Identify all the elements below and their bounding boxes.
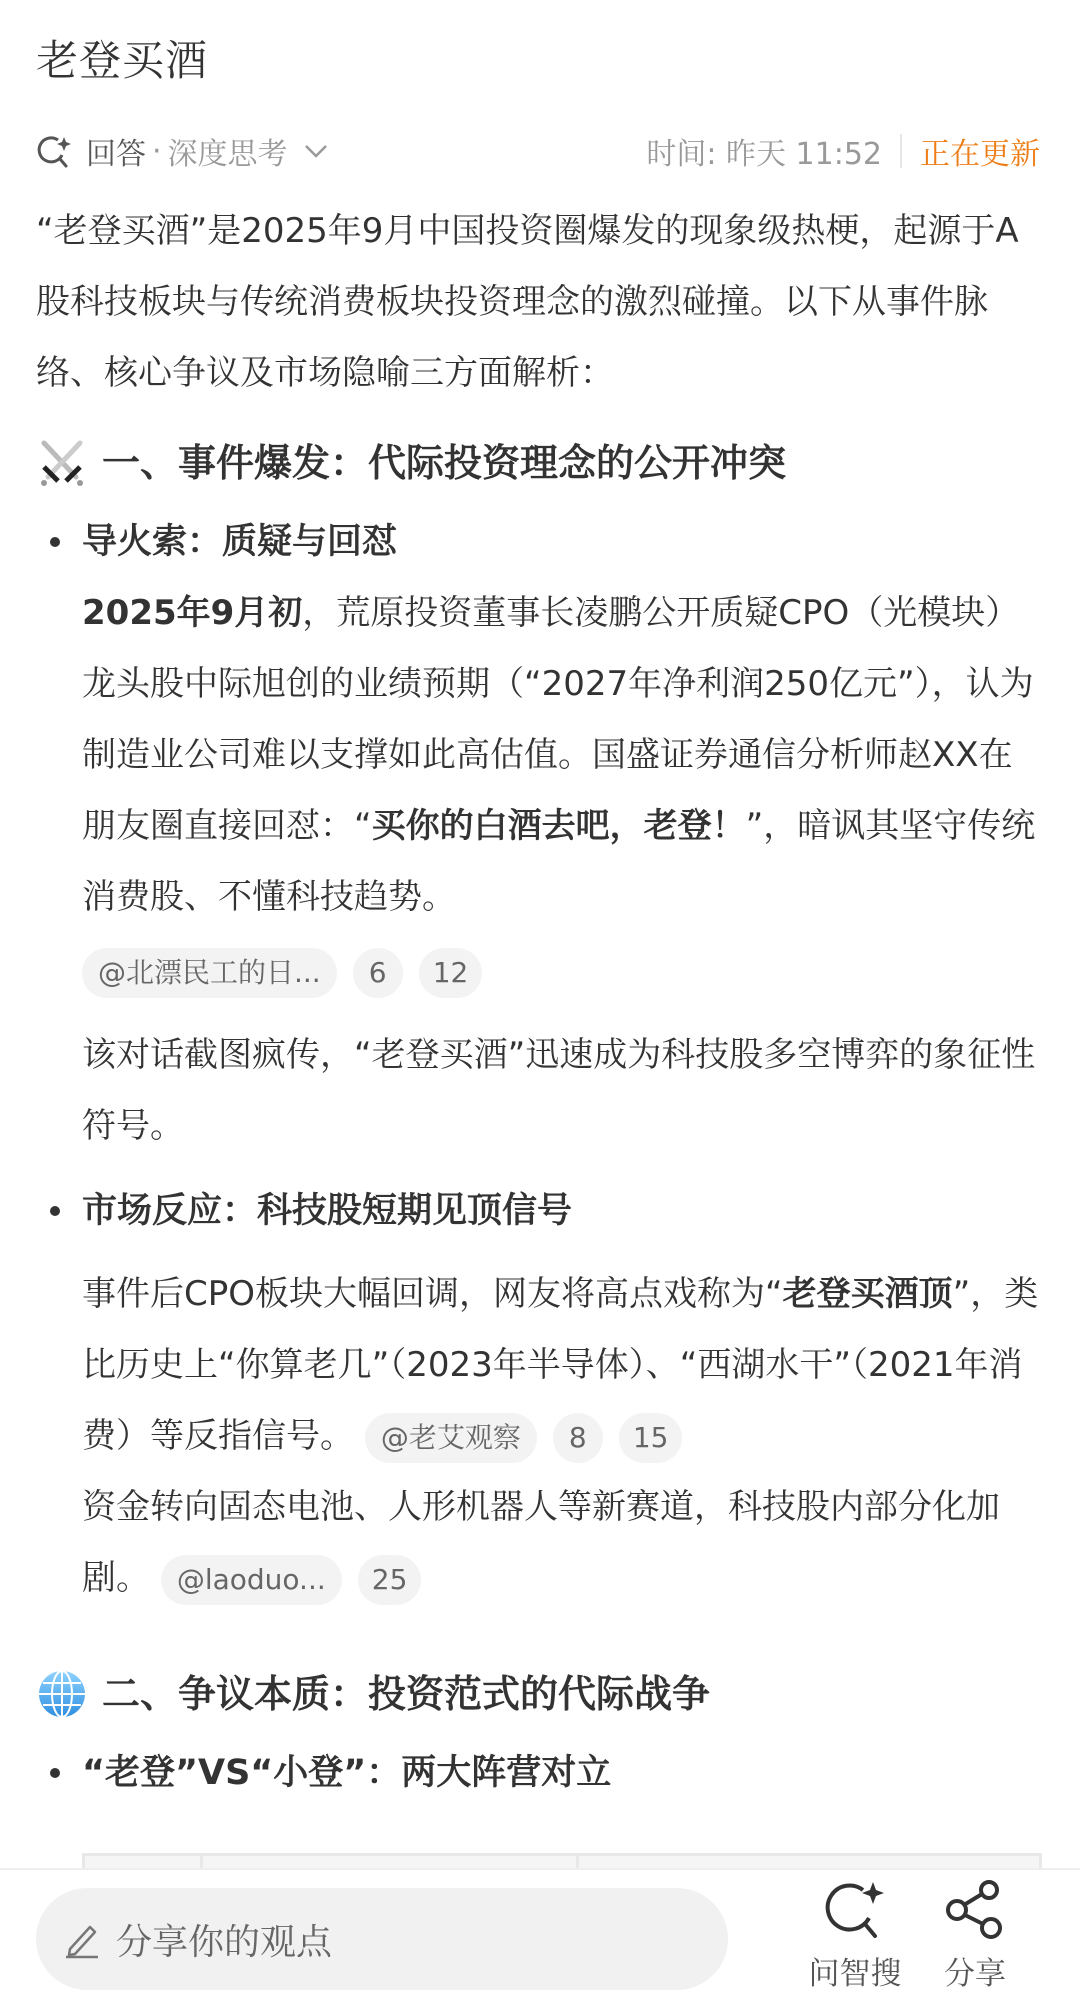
bold-text: 买你的白酒去吧，老登！ bbox=[372, 806, 746, 846]
bottom-action-bar: 分享你的观点 问智搜 分享 bbox=[0, 1868, 1080, 2006]
page-title: 老登买酒 bbox=[36, 28, 208, 88]
share-button[interactable]: 分享 bbox=[920, 1878, 1030, 1993]
body-paragraph: 事件后CPO板块大幅回调，网友将高点戏称为“老登买酒顶”，类比历史上“你算老几”… bbox=[82, 1259, 1044, 1472]
crossed-swords-icon bbox=[36, 437, 88, 489]
ask-ai-search-label: 问智搜 bbox=[809, 1948, 902, 1993]
bullet-dot bbox=[50, 1206, 60, 1216]
body-paragraph: 资金转向固态电池、人形机器人等新赛道，科技股内部分化加剧。 @laoduo...… bbox=[82, 1472, 1044, 1614]
answer-label: 回答 bbox=[86, 129, 146, 173]
globe-icon bbox=[36, 1668, 88, 1720]
source-tag[interactable]: @北漂民工的日... bbox=[82, 948, 337, 998]
divider bbox=[900, 134, 902, 168]
answer-content: “老登买酒”是2025年9月中国投资圈爆发的现象级热梗，起源于A股科技板块与传统… bbox=[36, 196, 1044, 1809]
list-item: “老登”VS“小登”：两大阵营对立 bbox=[36, 1738, 1044, 1809]
section-heading-text: 二、争议本质：投资范式的代际战争 bbox=[102, 1664, 710, 1724]
bold-text: 2025年9月初 bbox=[82, 593, 302, 633]
comment-placeholder: 分享你的观点 bbox=[116, 1914, 332, 1965]
answer-mode-selector[interactable]: 回答 · 深度思考 bbox=[36, 129, 330, 173]
reference-badge[interactable]: 8 bbox=[553, 1413, 603, 1463]
share-icon bbox=[943, 1878, 1007, 1942]
chevron-down-icon bbox=[302, 137, 330, 165]
intro-paragraph: “老登买酒”是2025年9月中国投资圈爆发的现象级热梗，起源于A股科技板块与传统… bbox=[36, 196, 1044, 409]
reference-badge[interactable]: 6 bbox=[353, 948, 403, 998]
bullet-dot bbox=[50, 1768, 60, 1778]
bullet-title: 导火索：质疑与回怼 bbox=[82, 507, 1044, 578]
ai-search-icon bbox=[823, 1878, 887, 1942]
deep-thinking-label: 深度思考 bbox=[168, 129, 288, 173]
list-item: 导火索：质疑与回怼 2025年9月初，荒原投资董事长凌鹏公开质疑CPO（光模块）… bbox=[36, 507, 1044, 1162]
reference-badge[interactable]: 15 bbox=[619, 1413, 683, 1463]
update-status: 正在更新 bbox=[920, 129, 1040, 173]
answer-meta-bar: 回答 · 深度思考 时间: 昨天 11:52 正在更新 bbox=[36, 128, 1040, 174]
source-tag[interactable]: @老艾观察 bbox=[365, 1413, 537, 1463]
ai-search-icon bbox=[36, 133, 72, 169]
bullet-dot bbox=[50, 537, 60, 547]
section-heading-2: 二、争议本质：投资范式的代际战争 bbox=[36, 1664, 1044, 1724]
body-paragraph: 该对话截图疯传，“老登买酒”迅速成为科技股多空博弈的象征性符号。 bbox=[82, 1020, 1044, 1162]
list-item: 市场反应：科技股短期见顶信号 事件后CPO板块大幅回调，网友将高点戏称为“老登买… bbox=[36, 1176, 1044, 1614]
pencil-icon bbox=[62, 1919, 102, 1959]
section-heading-1: 一、事件爆发：代际投资理念的公开冲突 bbox=[36, 433, 1044, 493]
body-paragraph: 2025年9月初，荒原投资董事长凌鹏公开质疑CPO（光模块）龙头股中际旭创的业绩… bbox=[82, 578, 1044, 933]
comment-input[interactable]: 分享你的观点 bbox=[36, 1888, 728, 1990]
body-text: 事件后CPO板块大幅回调，网友将高点戏称为“ bbox=[82, 1274, 783, 1314]
share-label: 分享 bbox=[944, 1948, 1006, 1993]
timestamp: 时间: 昨天 11:52 bbox=[646, 129, 882, 173]
separator-dot: · bbox=[152, 134, 162, 169]
source-tags: @北漂民工的日... 6 12 bbox=[82, 948, 482, 998]
bullet-title: 市场反应：科技股短期见顶信号 bbox=[82, 1176, 1044, 1247]
source-tags: @laoduo... 25 bbox=[161, 1555, 422, 1605]
reference-badge[interactable]: 25 bbox=[358, 1555, 422, 1605]
ask-ai-search-button[interactable]: 问智搜 bbox=[800, 1878, 910, 1993]
bullet-title: “老登”VS“小登”：两大阵营对立 bbox=[82, 1738, 1044, 1809]
source-tags: @老艾观察 8 15 bbox=[365, 1413, 683, 1463]
reference-badge[interactable]: 12 bbox=[419, 948, 483, 998]
section-heading-text: 一、事件爆发：代际投资理念的公开冲突 bbox=[102, 433, 786, 493]
source-tag[interactable]: @laoduo... bbox=[161, 1555, 342, 1605]
bold-text: 老登买酒顶 bbox=[783, 1274, 953, 1314]
